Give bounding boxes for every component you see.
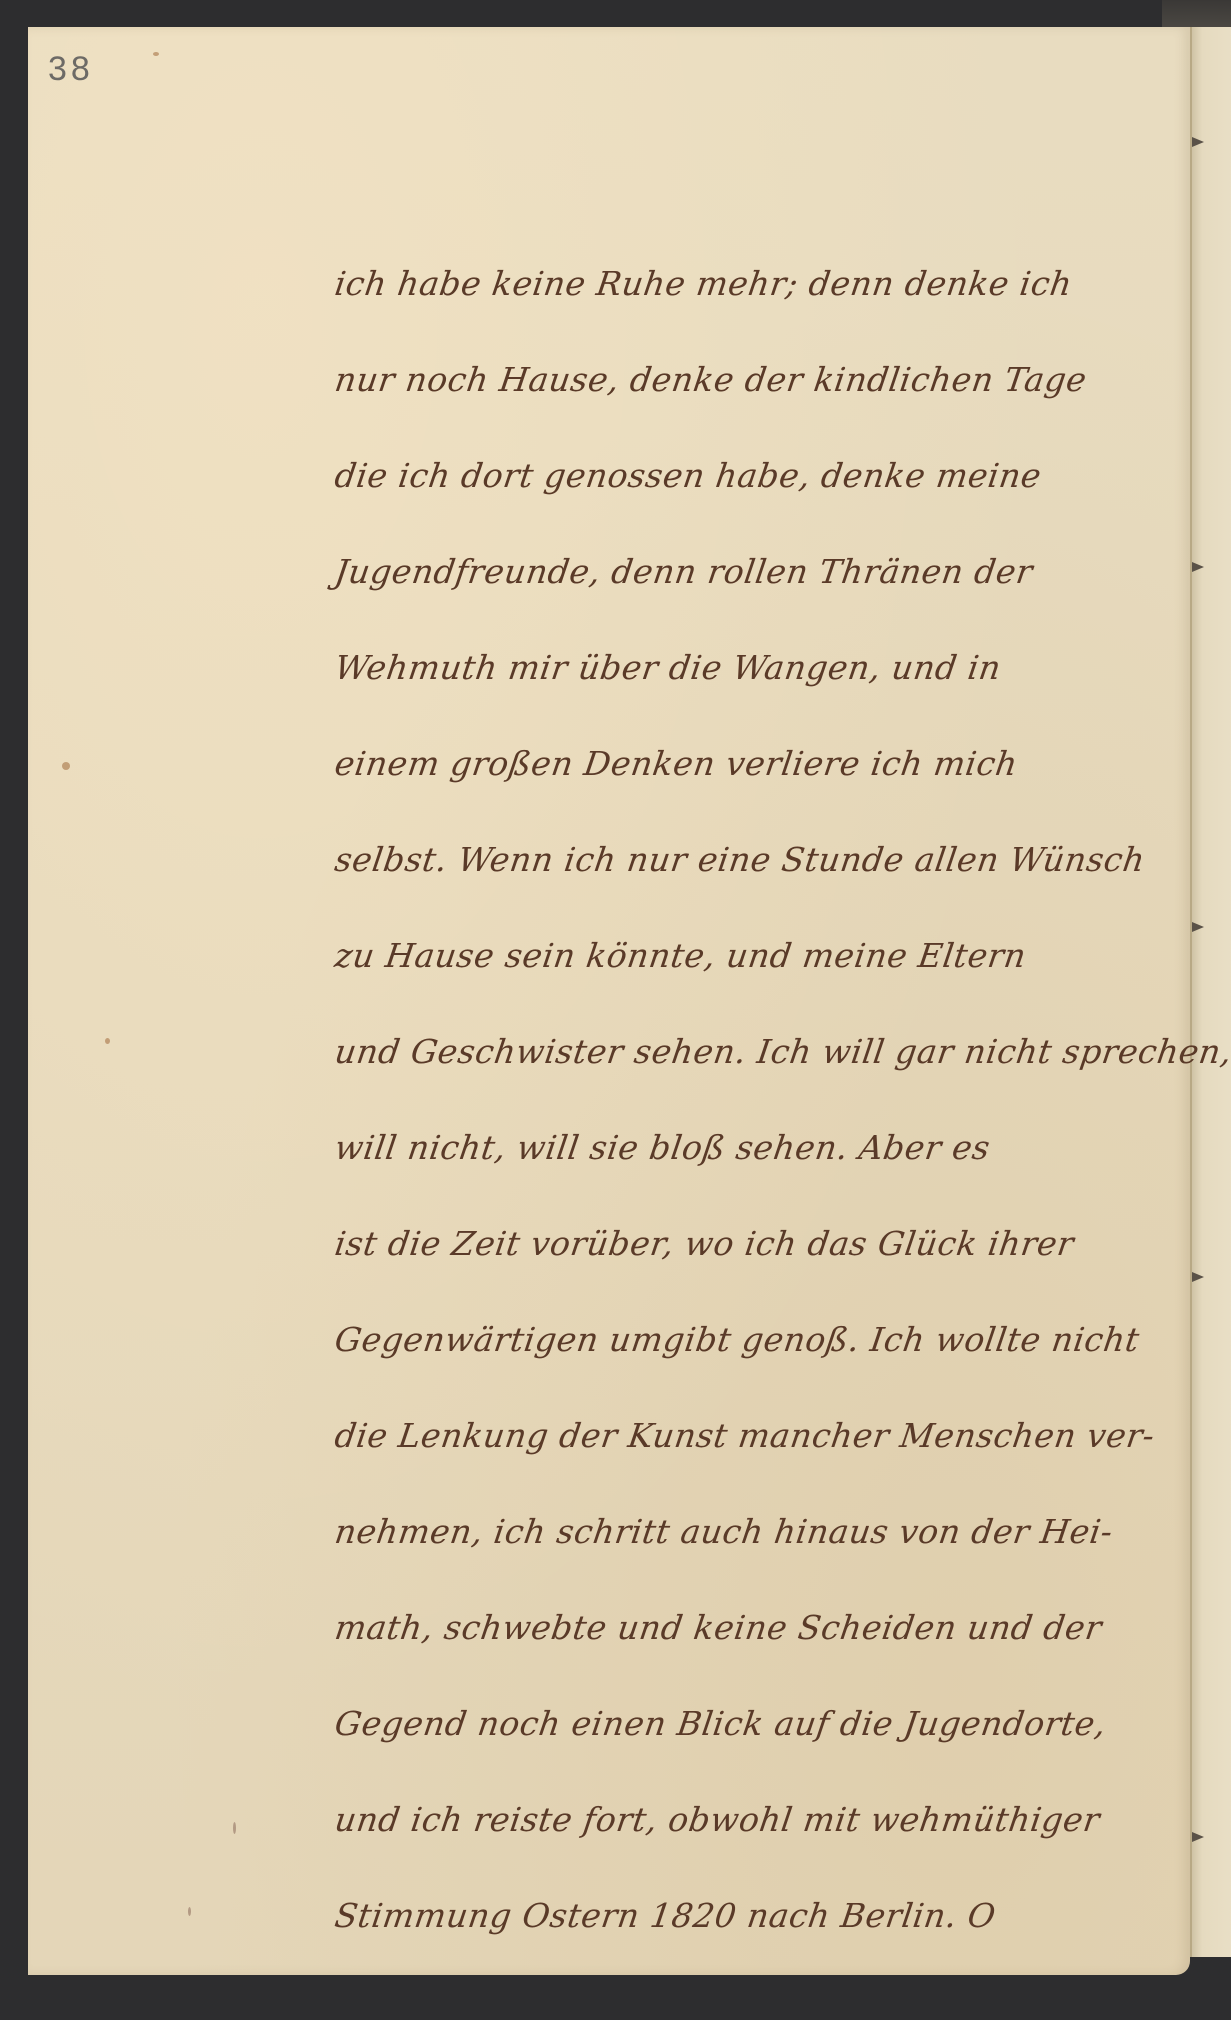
text-line: Wehmuth mir über die Wangen, und in xyxy=(328,620,1101,716)
foxing-spot xyxy=(153,52,159,56)
text-line: ist die Zeit vorüber, wo ich das Glück i… xyxy=(328,1196,1101,1292)
binding-thread-icon xyxy=(1192,1832,1204,1842)
foxing-spot xyxy=(188,1907,191,1916)
foxing-spot xyxy=(105,1038,110,1044)
next-page-edge xyxy=(1190,27,1231,1957)
binding-thread-icon xyxy=(1192,562,1204,572)
text-line: nur noch Hause, denke der kindlichen Tag… xyxy=(328,332,1101,428)
text-line: Jugendfreunde, denn rollen Thränen der xyxy=(328,524,1101,620)
text-line: Gegend noch einen Blick auf die Jugendor… xyxy=(328,1676,1101,1772)
folio-number: 38 xyxy=(48,50,94,89)
handwritten-text-block: ich habe keine Ruhe mehr; denn denke ich… xyxy=(335,236,1095,1964)
binding-thread-icon xyxy=(1192,137,1204,147)
binding-thread-icon xyxy=(1192,1272,1204,1282)
text-line: nehmen, ich schritt auch hinaus von der … xyxy=(328,1484,1101,1580)
foxing-spot xyxy=(233,1822,236,1834)
text-line: die Lenkung der Kunst mancher Menschen v… xyxy=(328,1388,1101,1484)
text-line: math, schwebte und keine Scheiden und de… xyxy=(328,1580,1101,1676)
text-line: und ich reiste fort, obwohl mit wehmüthi… xyxy=(328,1772,1101,1868)
scan-stage: 38 ich habe keine Ruhe mehr; denn denke … xyxy=(0,0,1231,2020)
text-line: Stimmung Ostern 1820 nach Berlin. O xyxy=(328,1868,1101,1964)
foxing-spot xyxy=(62,762,70,770)
text-line: die ich dort genossen habe, denke meine xyxy=(328,428,1101,524)
binding-thread-icon xyxy=(1192,922,1204,932)
text-line: will nicht, will sie bloß sehen. Aber es xyxy=(328,1100,1101,1196)
text-line: selbst. Wenn ich nur eine Stunde allen W… xyxy=(328,812,1101,908)
text-line: Gegenwärtigen umgibt genoß. Ich wollte n… xyxy=(328,1292,1101,1388)
text-line: zu Hause sein könnte, und meine Eltern xyxy=(328,908,1101,1004)
text-line: ich habe keine Ruhe mehr; denn denke ich xyxy=(328,236,1101,332)
text-line: und Geschwister sehen. Ich will gar nich… xyxy=(328,1004,1101,1100)
text-line: einem großen Denken verliere ich mich xyxy=(328,716,1101,812)
